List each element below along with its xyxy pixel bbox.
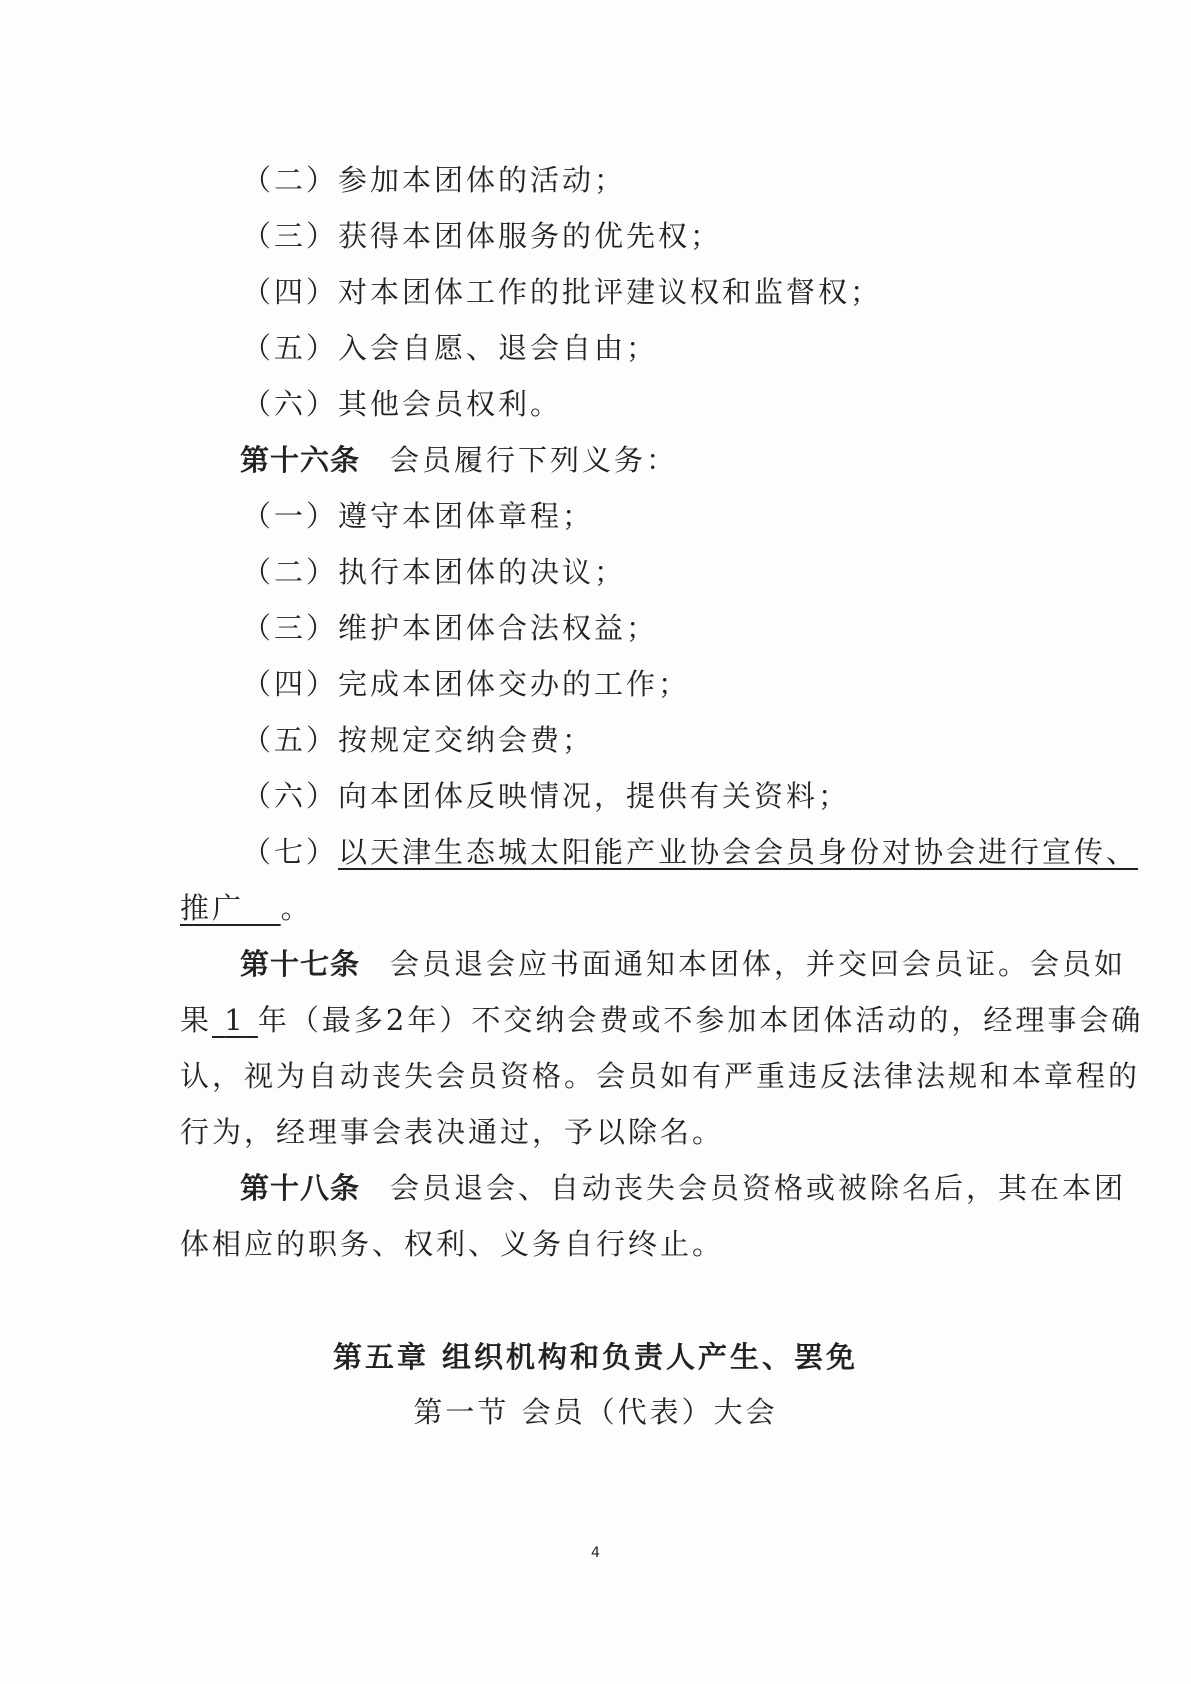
- rights-item: （四）对本团体工作的批评建议权和监督权；: [242, 270, 882, 311]
- chapter-title: 第五章 组织机构和负责人产生、罢免: [0, 1335, 1191, 1376]
- duty-item: （二）执行本团体的决议；: [242, 550, 626, 591]
- duty-item-cont: 推广 。: [180, 886, 313, 927]
- article-17-line: 认，视为自动丧失会员资格。会员如有严重违反法律法规和本章程的: [180, 1054, 1140, 1095]
- duty-item: （四）完成本团体交办的工作；: [242, 662, 690, 703]
- article-17: 第十七条会员退会应书面通知本团体，并交回会员证。会员如: [240, 942, 1126, 983]
- article-label: 第十六条: [240, 443, 360, 477]
- duty-item: （三）维护本团体合法权益；: [242, 606, 658, 647]
- page-number: 4: [0, 1545, 1191, 1561]
- rights-item: （三）获得本团体服务的优先权；: [242, 214, 722, 255]
- article-17-line: 果 1 年（最多2年）不交纳会费或不参加本团体活动的，经理事会确: [180, 998, 1143, 1039]
- section-title: 第一节 会员（代表）大会: [0, 1390, 1191, 1431]
- rights-item: （二）参加本团体的活动；: [242, 158, 626, 199]
- duty-item: （七）以天津生态城太阳能产业协会会员身份对协会进行宣传、: [242, 830, 1138, 871]
- article-18-line: 体相应的职务、权利、义务自行终止。: [180, 1222, 724, 1263]
- article-16: 第十六条会员履行下列义务：: [240, 438, 678, 479]
- duty-item: （一）遵守本团体章程；: [242, 494, 594, 535]
- rights-item: （六）其他会员权利。: [242, 382, 562, 423]
- duty-item: （六）向本团体反映情况，提供有关资料；: [242, 774, 850, 815]
- duty-item: （五）按规定交纳会费；: [242, 718, 594, 759]
- rights-item: （五）入会自愿、退会自由；: [242, 326, 658, 367]
- article-17-line: 行为，经理事会表决通过，予以除名。: [180, 1110, 724, 1151]
- article-18: 第十八条会员退会、自动丧失会员资格或被除名后，其在本团: [240, 1166, 1126, 1207]
